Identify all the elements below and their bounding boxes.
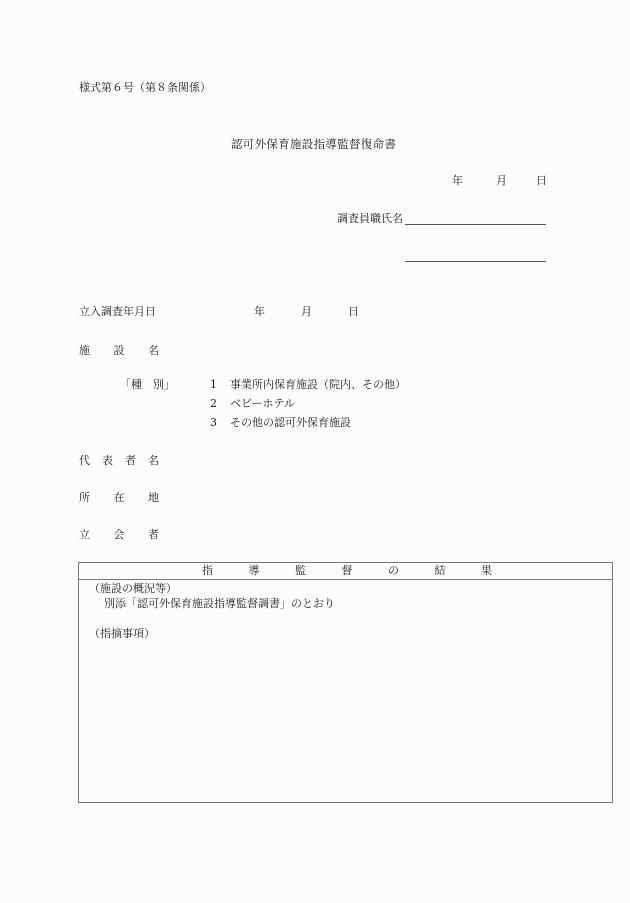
- results-body[interactable]: （施設の概況等） 別添「認可外保育施設指導監督調書」のとおり （指摘事項）: [79, 580, 612, 642]
- inspection-date-label: 立入調査年月日: [79, 305, 156, 319]
- inspector-name-label: 調査員職氏名: [337, 212, 403, 226]
- attendee-label: 立 会 者: [79, 528, 159, 542]
- results-header: 指 導 監 督 の 結 果: [79, 563, 612, 580]
- facility-type-option[interactable]: 2ベビーホテル: [210, 397, 406, 416]
- inspector-name-line-2[interactable]: [405, 261, 546, 262]
- representative-label: 代 表 者 名: [79, 454, 159, 468]
- facility-name-label: 施 設 名: [79, 344, 159, 358]
- facility-overview-heading: （施設の概況等）: [89, 581, 602, 596]
- inspector-name-line-1[interactable]: [405, 224, 546, 225]
- location-label: 所 在 地: [79, 491, 159, 505]
- report-date-day: 日: [536, 174, 547, 188]
- form-number: 様式第６号（第８条関係）: [79, 81, 211, 95]
- inspection-results-table: 指 導 監 督 の 結 果 （施設の概況等） 別添「認可外保育施設指導監督調書」…: [78, 562, 613, 803]
- findings-heading: （指摘事項）: [89, 626, 602, 641]
- inspection-date-year: 年: [254, 305, 301, 319]
- inspection-date-day: 日: [348, 305, 359, 319]
- inspection-date-month: 月: [301, 305, 348, 319]
- inspection-date-field[interactable]: 年月日: [254, 305, 359, 319]
- document-title: 認可外保育施設指導監督復命書: [231, 137, 396, 151]
- report-date-month: 月: [496, 174, 536, 188]
- facility-type-options: 1事業所内保育施設（院内、その他） 2ベビーホテル 3その他の認可外保育施設: [210, 378, 406, 435]
- facility-type-label: 「種 別」: [120, 378, 175, 392]
- facility-overview-text: 別添「認可外保育施設指導監督調書」のとおり: [89, 596, 602, 611]
- report-date: 年月日: [452, 174, 547, 188]
- report-date-year: 年: [452, 174, 496, 188]
- facility-type-option[interactable]: 1事業所内保育施設（院内、その他）: [210, 378, 406, 397]
- facility-type-option[interactable]: 3その他の認可外保育施設: [210, 416, 406, 435]
